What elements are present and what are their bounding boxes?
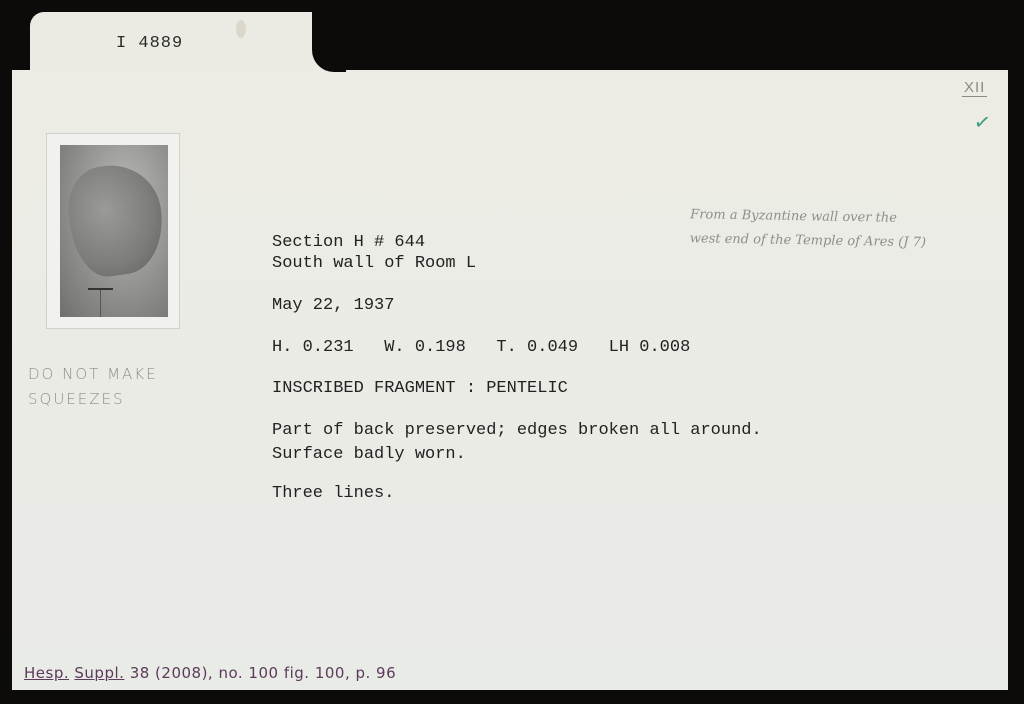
location-line: South wall of Room L — [272, 253, 476, 274]
tab-notch — [312, 10, 346, 72]
warning-line-1: DO NOT MAKE — [28, 362, 158, 387]
citation-supplement: Suppl. — [74, 664, 124, 682]
checkmark-icon: ✓ — [972, 109, 992, 135]
warning-line-2: SQUEEZES — [28, 387, 158, 412]
description-line-2: Surface badly worn. — [272, 444, 466, 465]
stone-fragment-image — [63, 159, 168, 281]
description-line-1: Part of back preserved; edges broken all… — [272, 420, 762, 441]
accession-number: I 4889 — [116, 34, 183, 53]
section-line: Section H # 644 — [272, 232, 425, 253]
stand-pole — [100, 290, 101, 317]
citation-details: 38 (2008), no. 100 fig. 100, p. 96 — [124, 664, 396, 682]
handwritten-provenance-note: From a Byzantine wall over the west end … — [690, 203, 1011, 257]
citation-journal: Hesp. — [24, 664, 69, 682]
paper-stain — [236, 20, 246, 38]
lines-note: Three lines. — [272, 483, 394, 504]
publication-citation: Hesp. Suppl. 38 (2008), no. 100 fig. 100… — [24, 664, 396, 682]
squeeze-warning: DO NOT MAKE SQUEEZES — [28, 362, 158, 412]
photo-mount — [46, 133, 180, 329]
type-material-line: INSCRIBED FRAGMENT : PENTELIC — [272, 378, 568, 399]
date-line: May 22, 1937 — [272, 295, 394, 316]
roman-numeral-mark: XII — [962, 80, 987, 97]
fragment-photo — [60, 145, 168, 317]
dimensions-line: H. 0.231 W. 0.198 T. 0.049 LH 0.008 — [272, 337, 690, 358]
